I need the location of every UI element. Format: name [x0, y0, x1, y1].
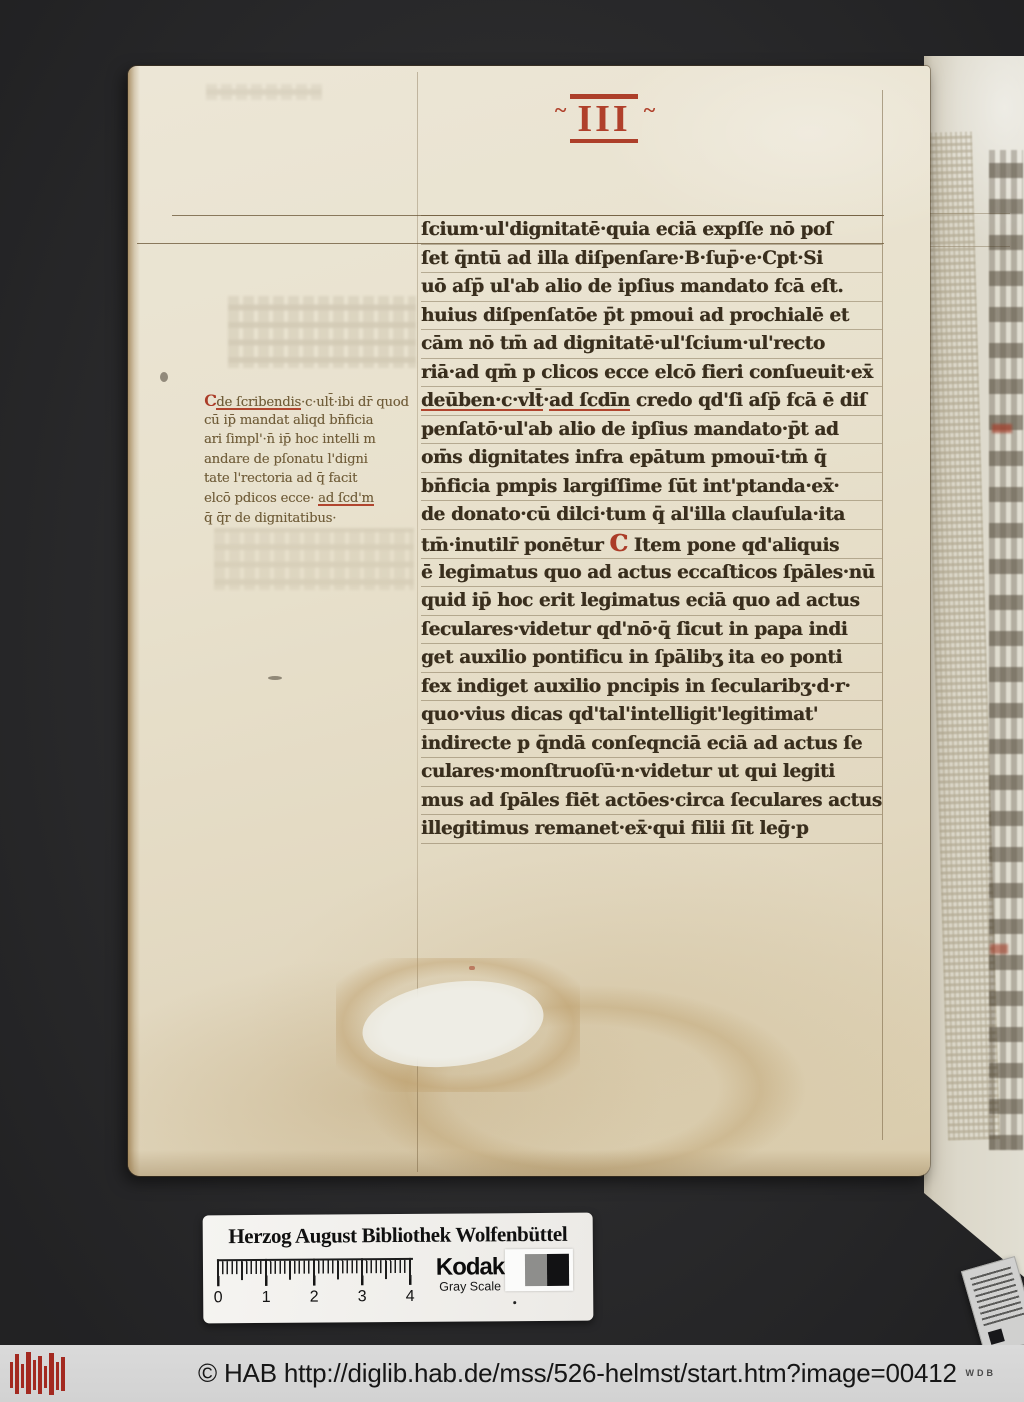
manuscript-text-line: indirecte p q̄ndā conſeqnciā eciā ad act… — [421, 730, 882, 759]
wdb-watermark: WDB — [966, 1368, 997, 1378]
manuscript-text-line: uō aſp̄ ul'ab alio de ipſius mandato fcā… — [421, 273, 882, 302]
manuscript-text-line: deūben·c·vlt̄·ad ſcdīn credo qd'ſi aſp̄ … — [421, 387, 882, 416]
next-page-rubric-mark — [992, 424, 1012, 433]
manuscript-text-line: cū ip̄ mandat aliqd bn̄ficia — [204, 411, 418, 431]
manuscript-text-line: huius diſpenſatōe p̄t pmoui ad prochialē… — [421, 302, 882, 331]
manuscript-text-line: tate l'rectoria ad q̄ facit — [204, 469, 418, 489]
manuscript-text-line: fex indiget auxilio pncipis in ſecularib… — [421, 673, 882, 702]
manuscript-text-line: q̄ q̄r de dignitatibus· — [204, 509, 418, 529]
ruler-number: 0 — [211, 1289, 225, 1307]
gray-swatch — [525, 1254, 547, 1286]
label-square — [988, 1329, 1005, 1345]
manuscript-text-line: quid ip̄ hoc erit legimatus eciā quo ad … — [421, 587, 882, 616]
manuscript-text-line: ſcium·ul'dignitatē·quia eciā expſſe nō p… — [421, 216, 882, 245]
parchment-flaw — [160, 372, 168, 382]
grayscale-subtitle: Gray Scale — [425, 1279, 515, 1294]
manuscript-text-line: ſet q̄ntū ad illa diſpenſare·B·ſup̄·e·Cp… — [421, 245, 882, 274]
manuscript-text-line: ſeculares·videtur qd'nō·q̄ ſicut in papa… — [421, 616, 882, 645]
ruler-number: 1 — [259, 1289, 273, 1307]
card-dot — [513, 1301, 516, 1304]
manuscript-text-line: cām nō tm̄ ad dignitatē·ul'ſcium·ul'rect… — [421, 330, 882, 359]
manuscript-text-line: tm̄·inutilr̄ ponētur C Item pone qd'aliq… — [421, 530, 882, 559]
rubric-flourish-icon: ~ — [644, 97, 653, 122]
manuscript-text-line: ari ſimpl'·n̄ ip̄ hoc intelli m — [204, 430, 418, 450]
main-text-block: ſcium·ul'dignitatē·quia eciā expſſe nō p… — [421, 215, 882, 844]
manuscript-text-line: andare de pſonatu l'digni — [204, 450, 418, 470]
manuscript-text-line: quo·vius dicas qd'tal'intelligit'legitim… — [421, 701, 882, 730]
manuscript-text-line: riā·ad qm̄ p clicos ecce elcō fieri conſ… — [421, 359, 882, 388]
manuscript-text-line: bn̄ficia pmpis largiſſime ſūt int'ptanda… — [421, 473, 882, 502]
library-scale-card: Herzog August Bibliothek Wolfenbüttel 01… — [203, 1213, 594, 1324]
manuscript-text-line: illegitimus remanet·ex̄·qui filii ſīt le… — [421, 815, 882, 844]
grayscale-patch — [505, 1249, 573, 1291]
kodak-brand: Kodak — [425, 1253, 515, 1282]
rubric-flourish-icon: ~ — [555, 97, 564, 122]
color-registration-mark-icon — [9, 1348, 67, 1398]
manuscript-text-line: elcō pdicos ecce· ad ſcd'm — [204, 489, 418, 509]
copyright-url-text: © HAB http://diglib.hab.de/mss/526-helms… — [198, 1345, 957, 1402]
ruler-numbers: 01234 — [217, 1288, 413, 1309]
folio-number-heading: ~III~ — [524, 94, 684, 143]
ruler-minor-ticks — [217, 1258, 413, 1285]
next-page-rubric-mark — [990, 944, 1008, 954]
kodak-grayscale-label: Kodak Gray Scale — [425, 1253, 515, 1294]
folio-number: III — [570, 94, 637, 143]
manuscript-text-line: ē legimatus quo ad actus eccaſticos ſpāl… — [421, 559, 882, 588]
manuscript-text-line: culares·monſtruoſū·n·videtur ut qui legi… — [421, 758, 882, 787]
red-ink-speck — [469, 966, 475, 970]
showthrough-text — [214, 528, 414, 590]
label-text-lines — [970, 1265, 1024, 1327]
vertical-ruling-line — [882, 90, 883, 1140]
library-name: Herzog August Bibliothek Wolfenbüttel — [203, 1222, 593, 1250]
centimeter-ruler: 01234 — [217, 1258, 417, 1313]
showthrough-text — [206, 84, 322, 100]
manuscript-text-line: get auxilio pontificu in ſpālibʒ ita eo … — [421, 644, 882, 673]
marginal-gloss: Cde ſcribendis·c·ult̄·ibi dr̄ quodcū ip̄… — [204, 391, 418, 528]
ink-speck — [268, 676, 282, 680]
ruler-number: 3 — [355, 1288, 369, 1306]
ruler-number: 4 — [403, 1288, 417, 1306]
ruler-number: 2 — [307, 1289, 321, 1307]
shelfmark-label — [961, 1256, 1024, 1356]
black-swatch — [547, 1254, 569, 1286]
manuscript-text-line: Cde ſcribendis·c·ult̄·ibi dr̄ quod — [204, 391, 418, 411]
manuscript-text-line: penſatō·ul'ab alio de ipſius mandato·p̄t… — [421, 416, 882, 445]
footer-strip: © HAB http://diglib.hab.de/mss/526-helms… — [0, 1345, 1024, 1402]
photo-stage: ~III~ Cde ſcribendis·c·ult̄·ibi dr̄ quod… — [0, 0, 1024, 1402]
manuscript-text-line: de donato·cū dilci·tum q̄ al'illa clauſu… — [421, 501, 882, 530]
next-page-partial-text — [989, 150, 1023, 1150]
manuscript-text-line: om̄s dignitates infra epātum pmouī·tm̄ q… — [421, 444, 882, 473]
manuscript-text-line: mus ad ſpāles fiēt actōes·circa ſeculare… — [421, 787, 882, 816]
showthrough-text — [228, 296, 416, 368]
